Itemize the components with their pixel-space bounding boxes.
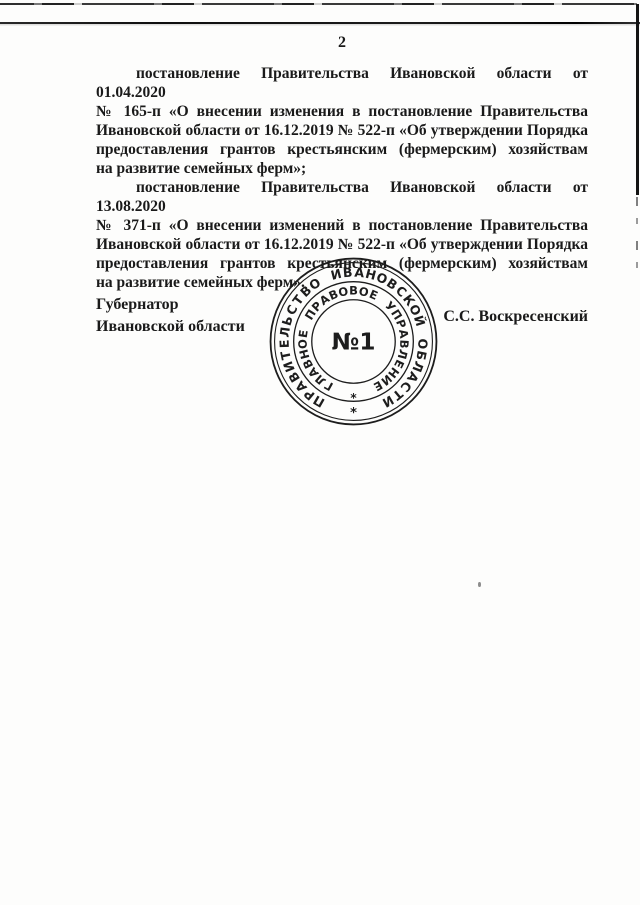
stamp-ring-letter: А [396, 328, 411, 339]
scan-artifact-top-line [0, 3, 637, 5]
stamp-separator-asterisk: * [350, 391, 357, 405]
scan-artifact-right-line-fade [636, 197, 638, 269]
scanned-document-page: 2 постановление Правительства Ивановской… [0, 0, 640, 905]
signatory-title-line1: Губернатор [96, 294, 245, 316]
stamp-ring-letter: А [354, 265, 365, 281]
body-line: Ивановской области от 16.12.2019 № 522-п… [96, 121, 588, 140]
scan-speck [478, 582, 481, 587]
stamp-ring-letter: Е [296, 329, 311, 339]
stamp-ring-letter: Е [277, 339, 292, 348]
stamp-ring-letter: О [415, 338, 430, 350]
scan-artifact-right-line [636, 4, 639, 195]
stamp-ring-letter: И [329, 266, 343, 283]
stamp-ring-letter: Л [277, 326, 293, 338]
body-line: предоставления грантов крестьянским (фер… [96, 140, 588, 159]
official-round-stamp: ПРАВИТЕЛЬСТВОИВАНОВСКОЙОБЛАСТИГЛАВНОЕПРА… [263, 251, 444, 432]
body-line: постановление Правительства Ивановской о… [96, 178, 588, 216]
body-line: постановление Правительства Ивановской о… [96, 64, 588, 102]
body-line: № 371-п «О внесении изменений в постанов… [96, 216, 588, 235]
body-line: на развитие семейных ферм»; [96, 159, 588, 178]
body-line: № 165-п «О внесении изменения в постанов… [96, 102, 588, 121]
stamp-ring-letter: О [296, 339, 310, 350]
scan-artifact-second-line [0, 22, 640, 24]
signatory-title: Губернатор Ивановской области [96, 294, 245, 338]
stamp-ring-letter: Т [277, 349, 294, 361]
stamp-ring-letter: В [342, 265, 353, 281]
stamp-number: №1 [332, 330, 376, 356]
page-number: 2 [96, 34, 588, 52]
signatory-title-line2: Ивановской области [96, 316, 245, 338]
stamp-ring-letter: В [349, 284, 358, 298]
stamp-ring-letter: О [337, 284, 350, 300]
stamp-separator-asterisk: * [350, 406, 357, 421]
